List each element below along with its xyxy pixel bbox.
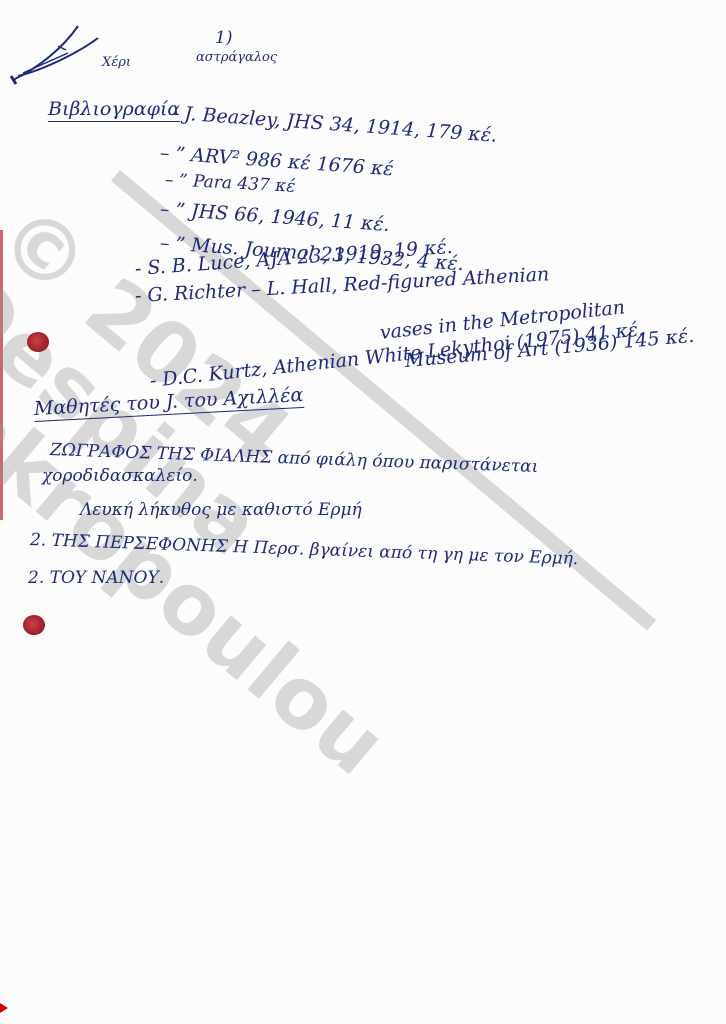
students-line-4: 2. ΤΗΣ ΠΕΡΣΕΦΟΝΗΣ Η Περσ. βγαίνει από τη… — [30, 530, 579, 569]
punch-hole-bottom — [23, 615, 45, 635]
header-left-word: Χέρι — [102, 55, 131, 70]
scanned-page: © 2024 Despina Makropoulou Χέρι 1) αστρά… — [0, 0, 726, 1024]
bibliography-label: Βιβλιογραφία — [48, 98, 180, 120]
students-line-5: 2. ΤΟΥ ΝΑΝΟΥ. — [28, 568, 164, 588]
bib-entry-4: – ” JHS 66, 1946, 11 κέ. — [159, 198, 390, 236]
bib-entry-3: – ” Para 437 κέ — [164, 170, 295, 197]
bibliography-label-text: Βιβλιογραφία — [48, 98, 180, 122]
header-right-word: αστράγαλος — [196, 50, 277, 65]
corner-mark-icon — [0, 1003, 8, 1013]
students-line-2: χοροδιδασκαλείο. — [42, 466, 198, 486]
signature-scribble-icon — [8, 18, 108, 93]
students-line-3: Λευκή λήκυθος με καθιστό Ερμή — [80, 500, 362, 520]
margin-line — [0, 230, 3, 520]
punch-hole-top — [27, 332, 49, 352]
header-number: 1) — [215, 28, 232, 48]
bib-entry-1: - J. Beazley, JHS 34, 1914, 179 κέ. — [171, 102, 498, 147]
